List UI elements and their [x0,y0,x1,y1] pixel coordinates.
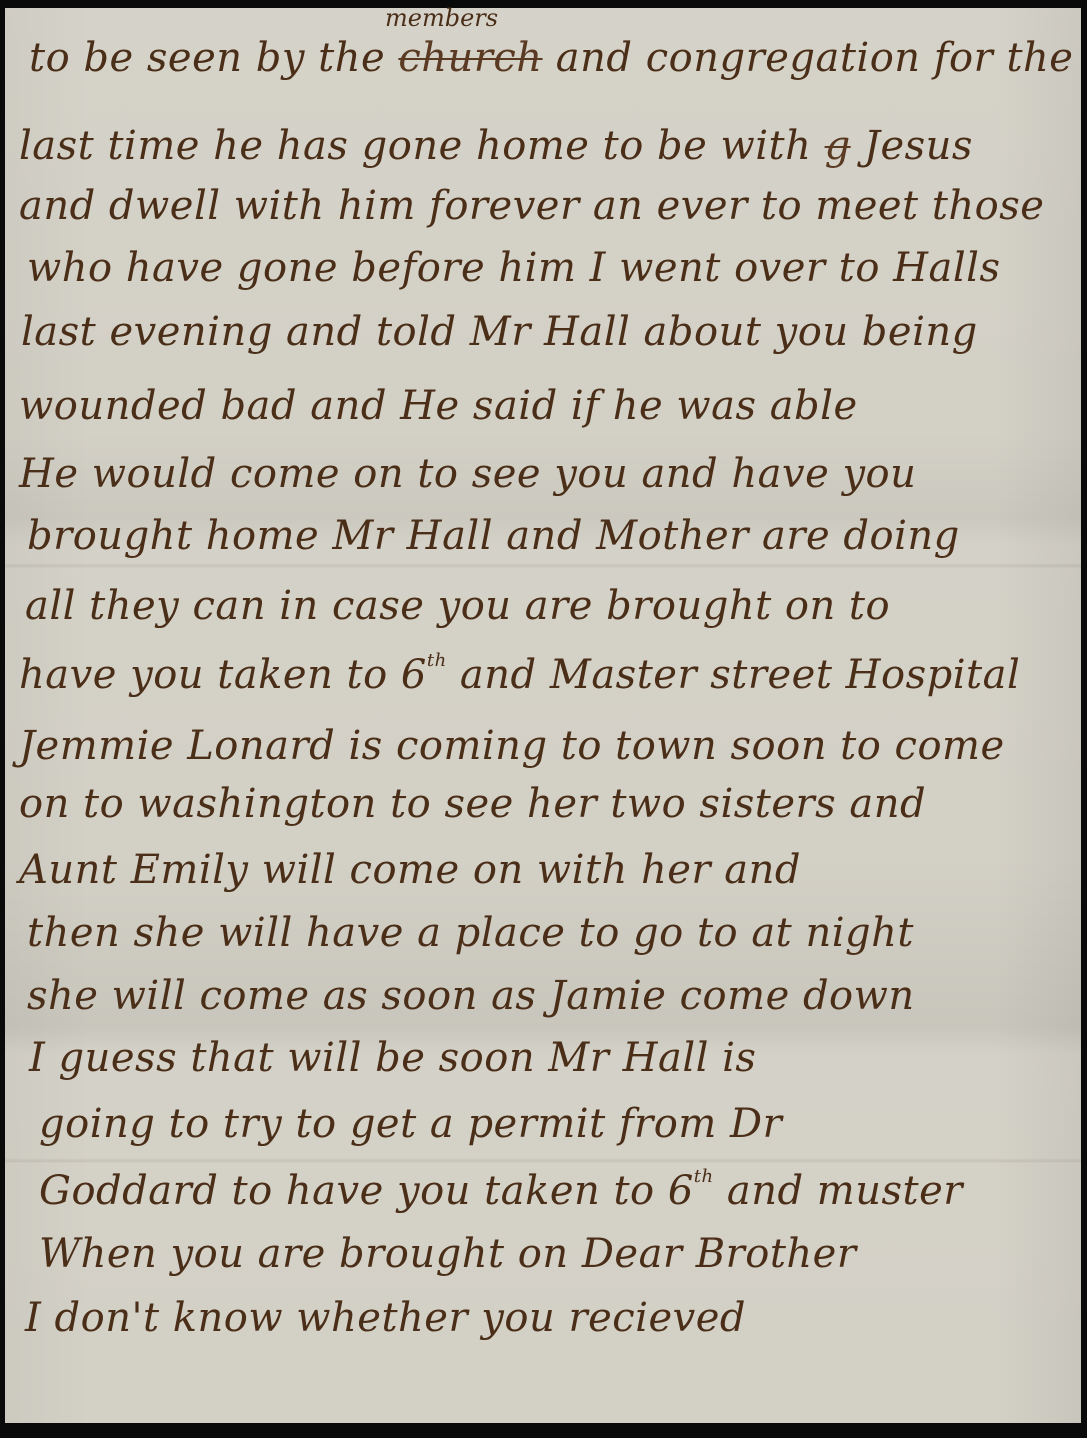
line-text: and Master street Hospital [447,652,1021,698]
line-text: and muster [714,1168,963,1214]
ordinal-suffix: th [427,650,447,671]
letter-page: members to be seen by the church and con… [5,8,1081,1423]
ordinal-suffix: th [694,1166,714,1187]
letter-line-16: I guess that will be soon Mr Hall is [29,1038,756,1078]
paper-fold-crease [5,563,1081,569]
letter-line-11: Jemmie Lonard is coming to town soon to … [19,726,1005,766]
insertion-above-line: members [385,4,498,32]
letter-line-6: wounded bad and He said if he was able [19,386,858,426]
letter-line-15: she will come as soon as Jamie come down [27,976,915,1016]
paper-fold-crease [5,1158,1081,1164]
letter-line-2: last time he has gone home to be with g … [19,126,973,166]
line-text: to be seen by the [29,35,398,81]
struck-word: g [825,123,851,169]
letter-line-20: I don't know whether you recieved [25,1298,746,1338]
letter-line-17: going to try to get a permit from Dr [39,1104,782,1144]
line-text: and congregation for the [543,35,1074,81]
letter-line-14: then she will have a place to go to at n… [27,913,914,953]
letter-line-3: and dwell with him forever an ever to me… [19,186,1044,226]
letter-line-1: to be seen by the church and congregatio… [29,38,1073,78]
letter-line-7: He would come on to see you and have you [19,454,916,494]
line-text: Jesus [851,123,973,169]
line-text: Goddard to have you taken to 6 [39,1168,694,1214]
letter-line-19: When you are brought on Dear Brother [39,1234,856,1274]
letter-line-13: Aunt Emily will come on with her and [19,850,801,890]
struck-word: church [398,35,542,81]
letter-line-4: who have gone before him I went over to … [27,248,1000,288]
line-text: have you taken to 6 [19,652,427,698]
line-text: last time he has gone home to be with [19,123,825,169]
letter-line-5: last evening and told Mr Hall about you … [21,312,978,352]
letter-line-12: on to washington to see her two sisters … [19,784,926,824]
letter-line-8: brought home Mr Hall and Mother are doin… [27,516,960,556]
letter-line-9: all they can in case you are brought on … [25,586,890,626]
letter-line-18: Goddard to have you taken to 6th and mus… [39,1168,963,1211]
letter-line-10: have you taken to 6th and Master street … [19,652,1020,695]
